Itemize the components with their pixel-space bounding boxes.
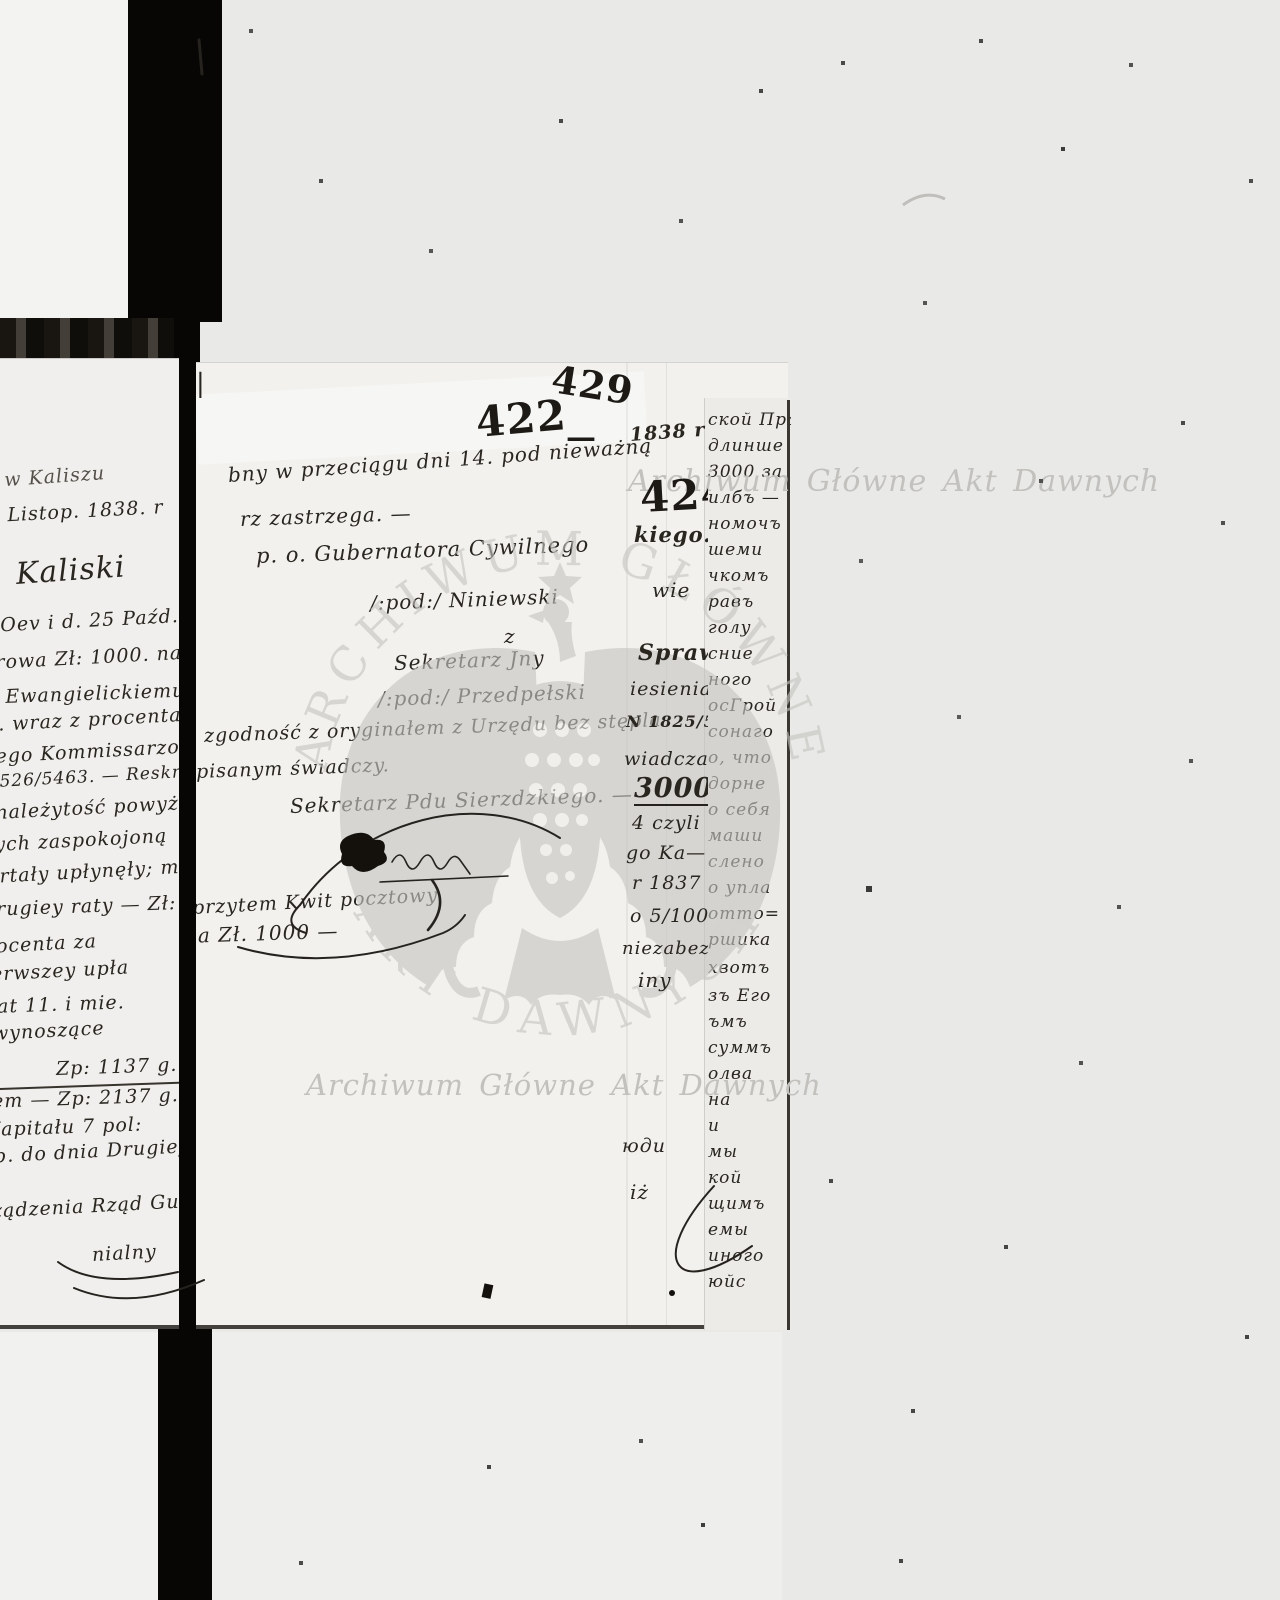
ink-blot (482, 1283, 494, 1299)
pen-mark (199, 40, 202, 74)
nialny-flourish (74, 1280, 204, 1298)
closing-paren-stroke (428, 880, 440, 930)
signature-squiggle (392, 855, 470, 874)
ink-blot (669, 1290, 675, 1296)
ink-strokes (0, 0, 1280, 1600)
kwit-flourish (238, 915, 465, 958)
ink-blot (340, 833, 387, 872)
signature-flourish (291, 905, 306, 933)
iz-flourish (676, 1186, 752, 1271)
signature-flourish (300, 814, 560, 905)
dust-speckles (0, 0, 2, 2)
signature-underline (380, 876, 508, 882)
archive-scan: ię w Kaliszu du Listop. 1838. r Kaliski … (0, 0, 1280, 1600)
faint-ghost-stroke (903, 195, 945, 205)
nialny-flourish (58, 1262, 178, 1279)
